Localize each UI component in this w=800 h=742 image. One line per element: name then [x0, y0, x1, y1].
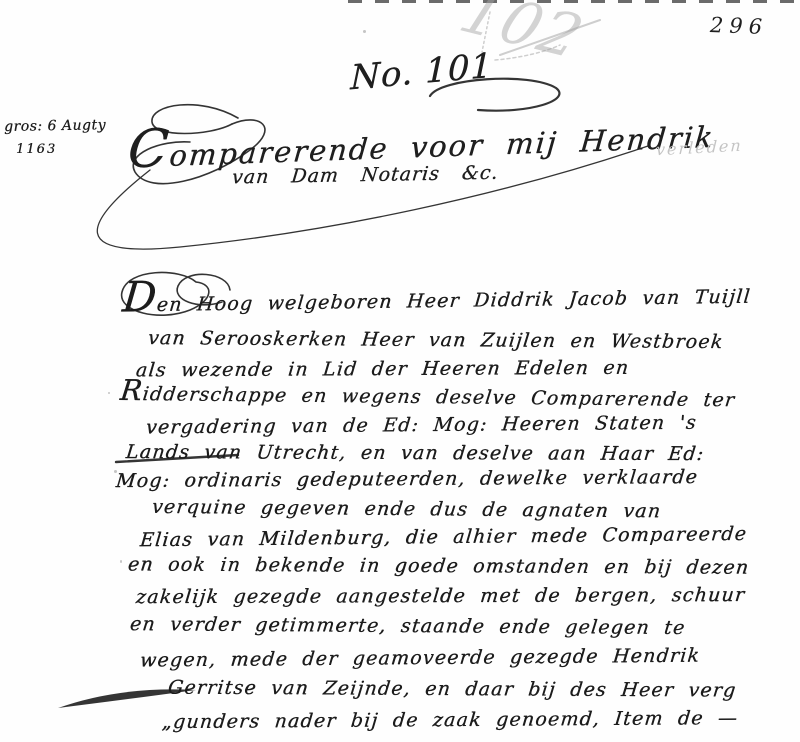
manuscript-line: „gunders nader bij de zaak genoemd, Item…: [161, 705, 740, 735]
manuscript-scan-page: 296 102 No. 101 gros: 6 Augty 1163 Compa…: [0, 0, 800, 742]
manuscript-line: Lands van Utrecht, en van deselve aan Ha…: [125, 439, 706, 467]
manuscript-line: Mog: ordinaris gedeputeerden, dewelke ve…: [115, 464, 700, 494]
manuscript-line: zakelijk gezegde aangestelde met de berg…: [135, 582, 747, 610]
manuscript-line: Gerritse van Zeijnde, en daar bij des He…: [167, 675, 738, 704]
margin-note-line2: 1163: [16, 142, 57, 157]
manuscript-line: verquine gegeven ende dus de agnaten van: [151, 494, 663, 524]
header-line2: van Dam Notaris &c.: [231, 162, 500, 189]
manuscript-line: Elias van Mildenburg, die alhier mede Co…: [139, 521, 749, 553]
manuscript-line: Den Hoog welgeboren Heer Diddrik Jacob v…: [121, 284, 752, 319]
margin-note-line1: gros: 6 Augty: [4, 117, 106, 135]
manuscript-line: en verder getimmerte, staande ende geleg…: [129, 611, 687, 641]
faint-margin-word: verleden: [656, 136, 744, 160]
scan-speckle: [108, 392, 110, 394]
manuscript-line: als wezende in Lid der Heeren Edelen en: [135, 355, 631, 384]
scan-speckle: [363, 30, 366, 33]
manuscript-line: en ook in bekende in goede omstanden en …: [127, 551, 751, 580]
act-number: No. 101: [350, 46, 493, 99]
manuscript-line: van Serooskerken Heer van Zuijlen en Wes…: [147, 325, 725, 355]
manuscript-line: vergadering van de Ed: Mog: Heeren State…: [145, 410, 698, 441]
scan-speckle: [114, 470, 117, 473]
scan-speckle: [120, 560, 122, 563]
page-number: 296: [710, 13, 769, 39]
manuscript-line: Ridderschappe en wegens deselve Comparer…: [119, 381, 737, 413]
manuscript-line: wegen, mede der geamoveerde gezegde Hend…: [139, 643, 702, 674]
